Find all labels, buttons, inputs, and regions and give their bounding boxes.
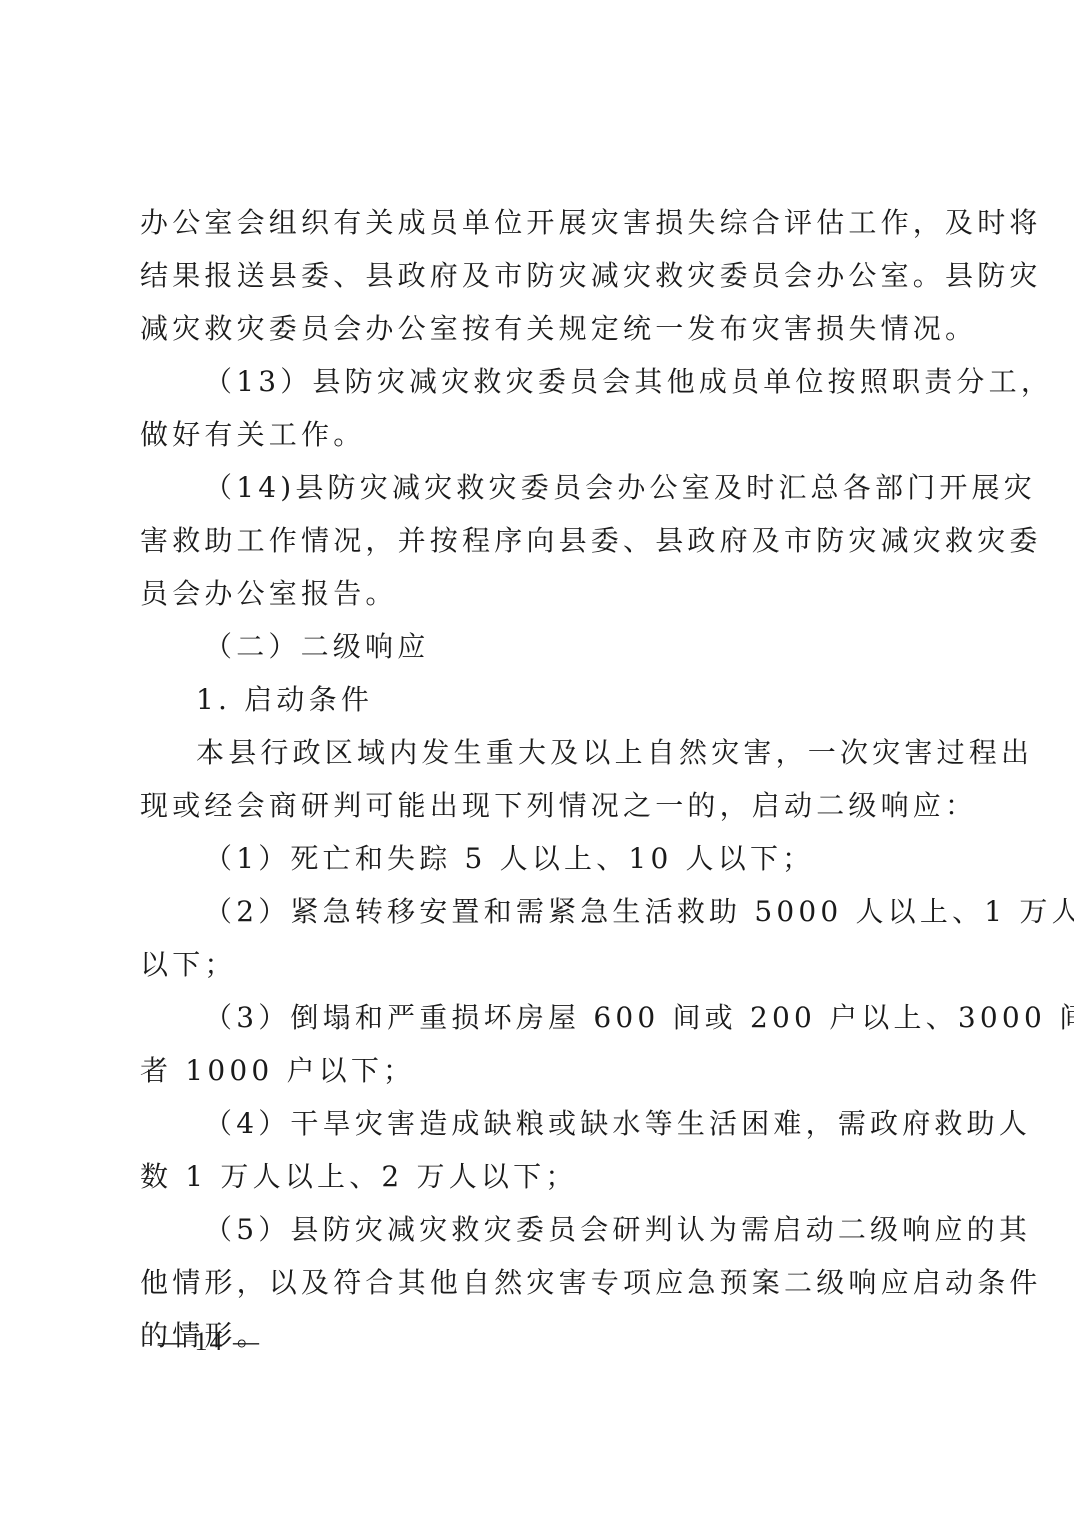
condition-3-line-2: 者 1000 户以下； xyxy=(140,1044,936,1097)
condition-4-line-2: 数 1 万人以上、2 万人以下； xyxy=(140,1150,936,1203)
document-page: 办公室会组织有关成员单位开展灾害损失综合评估工作，及时将 结果报送县委、县政府及… xyxy=(140,196,936,1362)
paragraph-line-1: 办公室会组织有关成员单位开展灾害损失综合评估工作，及时将 xyxy=(140,196,936,249)
item-14-line-2: 害救助工作情况，并按程序向县委、县政府及市防灾减灾救灾委 xyxy=(140,514,936,567)
item-14-line-3: 员会办公室报告。 xyxy=(140,567,936,620)
item-14-line-1: （14)县防灾减灾救灾委员会办公室及时汇总各部门开展灾 xyxy=(140,461,936,514)
conditions-intro-line-1: 本县行政区域内发生重大及以上自然灾害，一次灾害过程出 xyxy=(140,726,936,779)
item-13-line-1: （13）县防灾减灾救灾委员会其他成员单位按照职责分工， xyxy=(140,355,936,408)
paragraph-line-2: 结果报送县委、县政府及市防灾减灾救灾委员会办公室。县防灾 xyxy=(140,249,936,302)
condition-5-line-1: （5）县防灾减灾救灾委员会研判认为需启动二级响应的其 xyxy=(140,1203,936,1256)
subsection-heading-start-conditions: 1. 启动条件 xyxy=(140,673,936,726)
paragraph-line-3: 减灾救灾委员会办公室按有关规定统一发布灾害损失情况。 xyxy=(140,302,936,355)
condition-1: （1）死亡和失踪 5 人以上、10 人以下； xyxy=(140,832,936,885)
item-13-line-2: 做好有关工作。 xyxy=(140,408,936,461)
condition-2-line-1: （2）紧急转移安置和需紧急生活救助 5000 人以上、1 万人 xyxy=(140,885,936,938)
condition-3-line-1: （3）倒塌和严重损坏房屋 600 间或 200 户以上、3000 间或 xyxy=(140,991,936,1044)
section-heading-level-2-response: （二）二级响应 xyxy=(140,620,936,673)
condition-4-line-1: （4）干旱灾害造成缺粮或缺水等生活困难，需政府救助人 xyxy=(140,1097,936,1150)
condition-2-line-2: 以下； xyxy=(140,938,936,991)
conditions-intro-line-2: 现或经会商研判可能出现下列情况之一的，启动二级响应： xyxy=(140,779,936,832)
page-number: — 14 — xyxy=(158,1322,261,1362)
condition-5-line-2: 他情形，以及符合其他自然灾害专项应急预案二级响应启动条件 xyxy=(140,1256,936,1309)
